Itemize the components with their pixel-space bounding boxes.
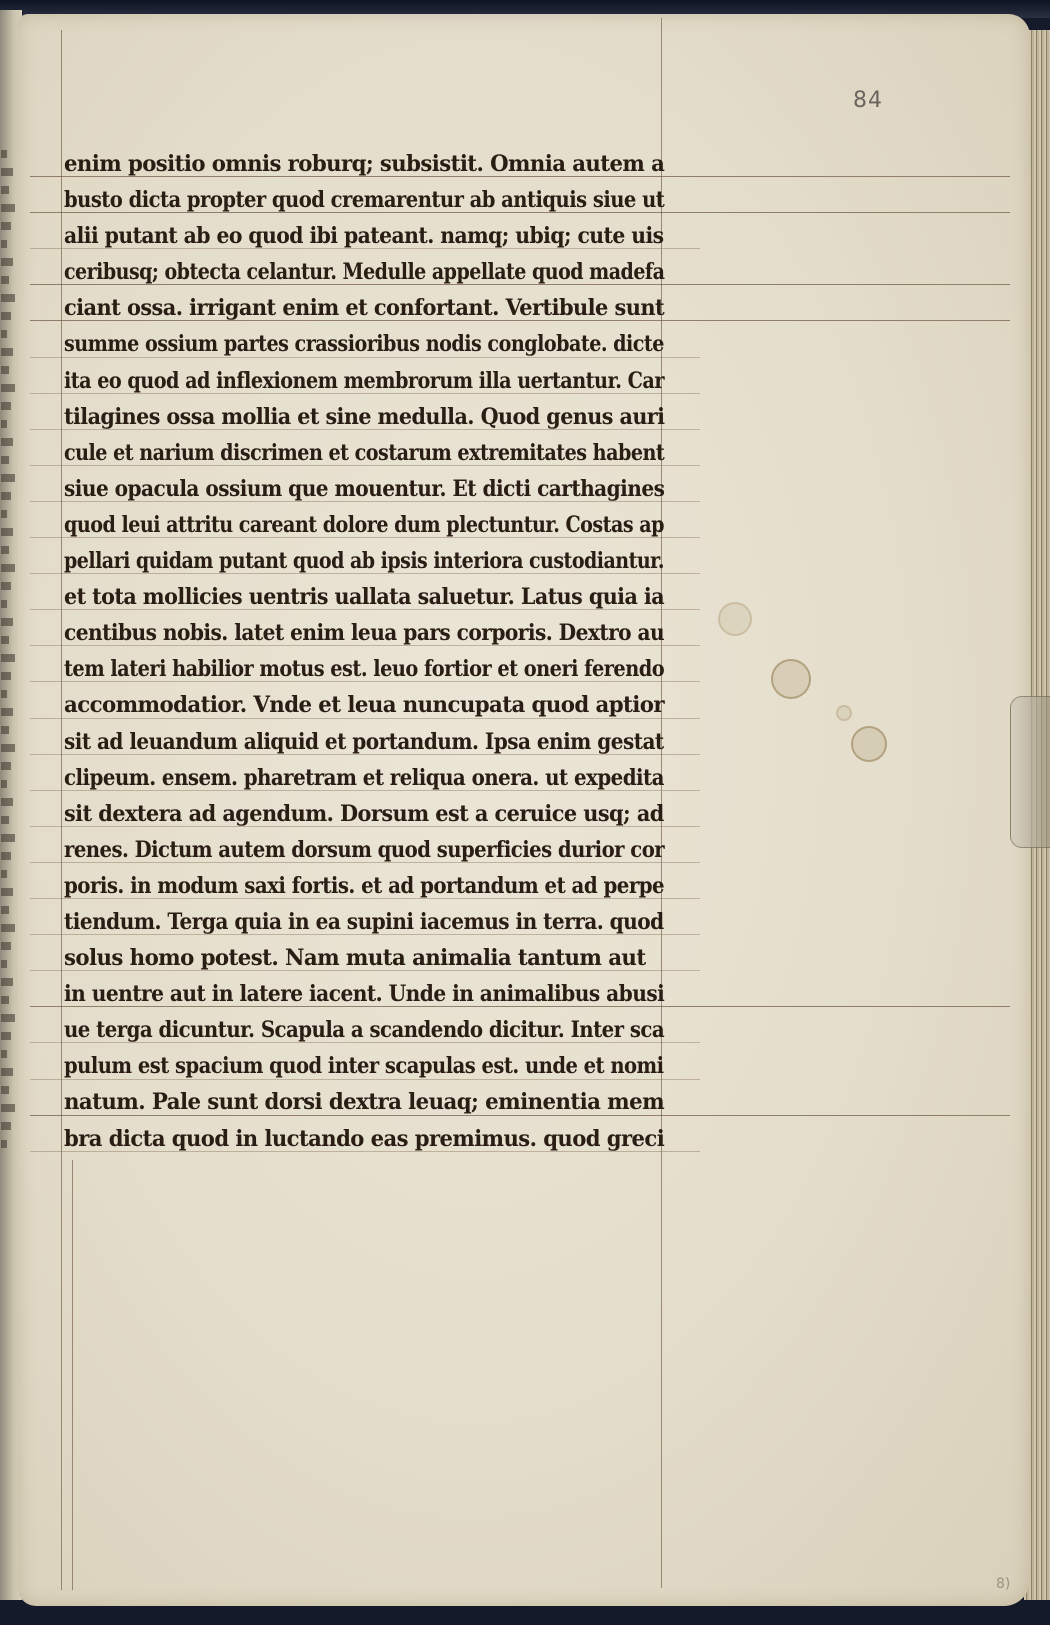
facing-page-text-fragment — [1, 240, 7, 248]
facing-page-text-fragment — [1, 528, 13, 536]
facing-page-text-fragment — [1, 582, 11, 590]
facing-page-text-fragment — [1, 618, 13, 626]
manuscript-text-line: quod leui attritu careant dolore dum ple… — [64, 507, 603, 543]
manuscript-text-line: tem lateri habilior motus est. leuo fort… — [64, 651, 609, 687]
facing-page-text-fragment — [1, 1050, 7, 1058]
facing-page-text-fragment — [1, 672, 11, 680]
facing-page-text-fragment — [1, 420, 7, 428]
facing-page-text-fragment — [1, 492, 11, 500]
manuscript-text-line: pellari quidam putant quod ab ipsis inte… — [64, 543, 600, 579]
manuscript-text-line: ue terga dicuntur. Scapula a scandendo d… — [64, 1012, 620, 1048]
facing-page-text-fragment — [1, 726, 9, 734]
facing-page-text-fragment — [1, 870, 7, 878]
book-clasp — [1010, 696, 1050, 848]
facing-page-text-fragment — [1, 546, 9, 554]
facing-page-text-fragment — [1, 1032, 11, 1040]
facing-page-text-fragment — [1, 564, 15, 572]
facing-page-text-fragment — [1, 600, 7, 608]
facing-page-text-fragment — [1, 168, 13, 176]
facing-page-text-fragment — [1, 1140, 7, 1148]
facing-page-text-fragment — [1, 204, 15, 212]
manuscript-text-line: sit ad leuandum aliquid et portandum. Ip… — [64, 724, 629, 760]
facing-page-text-fragment — [1, 762, 11, 770]
facing-page-text-fragment — [1, 834, 15, 842]
facing-page-text-fragment — [1, 1014, 15, 1022]
facing-page-text-fragment — [1, 1086, 9, 1094]
facing-page-text-fragment — [1, 186, 9, 194]
facing-page-text-fragment — [1, 402, 11, 410]
facing-page-text-fragment — [1, 1122, 11, 1130]
facing-page-text-fragment — [1, 906, 9, 914]
facing-page-text-fragment — [1, 258, 13, 266]
manuscript-text-line: ceribusq; obtecta celantur. Medulle appe… — [64, 254, 600, 290]
facing-page-text-fragment — [1, 852, 11, 860]
manuscript-text-line: natum. Pale sunt dorsi dextra leuaq; emi… — [64, 1084, 664, 1120]
facing-page-text-fragment — [1, 636, 9, 644]
facing-page-text-fragment — [1, 348, 13, 356]
water-stain — [771, 659, 811, 699]
manuscript-text-line: in uentre aut in latere iacent. Unde in … — [64, 976, 633, 1012]
ruling-inner-bound — [72, 1160, 73, 1590]
manuscript-text-line: sit dextera ad agendum. Dorsum est a cer… — [64, 796, 652, 832]
facing-page-text-fragment — [1, 1068, 13, 1076]
manuscript-text-line: busto dicta propter quod cremarentur ab … — [64, 182, 615, 218]
facing-page-text-fragment — [1, 978, 13, 986]
facing-page-text-fragment — [1, 510, 7, 518]
manuscript-text-line: et tota mollicies uentris uallata saluet… — [64, 579, 646, 615]
facing-page-text-fragment — [1, 150, 7, 158]
facing-page-text-fragment — [1, 366, 9, 374]
ruling-left-margin — [61, 30, 62, 1590]
manuscript-text-line: alii putant ab eo quod ibi pateant. namq… — [64, 218, 637, 254]
facing-page-text-fragment — [1, 744, 15, 752]
facing-page-text-fragment — [1, 816, 9, 824]
manuscript-text-line: ciant ossa. irrigant enim et confortant.… — [64, 290, 654, 326]
facing-page-text-fragment — [1, 1104, 15, 1112]
water-stain — [836, 705, 852, 721]
facing-page-text-fragment — [1, 456, 9, 464]
folio-number: 84 — [853, 88, 883, 113]
facing-page-text-fragment — [1, 294, 15, 302]
facing-page-text-fragment — [1, 690, 7, 698]
manuscript-text-line: bra dicta quod in luctando eas premimus.… — [64, 1121, 660, 1157]
facing-page-text-fragment — [1, 924, 15, 932]
facing-page-text-fragment — [1, 222, 11, 230]
manuscript-text-line: enim positio omnis roburq; subsistit. Om… — [64, 146, 662, 182]
facing-page-text-fragment — [1, 996, 9, 1004]
manuscript-text-line: accommodatior. Vnde et leua nuncupata qu… — [64, 687, 664, 723]
manuscript-text-line: clipeum. ensem. pharetram et reliqua one… — [64, 760, 623, 796]
facing-page-text-fragment — [1, 780, 7, 788]
facing-page-text-fragment — [1, 708, 13, 716]
water-stain — [851, 726, 887, 762]
facing-page-text-fragment — [1, 942, 11, 950]
facing-page-text-fragment — [1, 888, 13, 896]
facing-page-text-fragment — [1, 798, 13, 806]
manuscript-text-line: ita eo quod ad inflexionem membrorum ill… — [64, 363, 605, 399]
manuscript-text-line: solus homo potest. Nam muta animalia tan… — [64, 940, 664, 976]
main-text-column: enim positio omnis roburq; subsistit. Om… — [64, 146, 684, 1157]
facing-page-text-fragment — [1, 438, 13, 446]
manuscript-text-line: summe ossium partes crassioribus nodis c… — [64, 326, 604, 362]
manuscript-text-line: cule et narium discrimen et costarum ext… — [64, 435, 604, 471]
manuscript-text-line: tiendum. Terga quia in ea supini iacemus… — [64, 904, 631, 940]
manuscript-text-line: pulum est spacium quod inter scapulas es… — [64, 1048, 615, 1084]
manuscript-text-line: siue opacula ossium que mouentur. Et dic… — [64, 471, 631, 507]
facing-page-text-fragment — [1, 384, 15, 392]
manuscript-text-line: renes. Dictum autem dorsum quod superfic… — [64, 832, 618, 868]
facing-page-text-fragment — [1, 654, 15, 662]
water-stain — [718, 602, 752, 636]
facing-page-text-fragment — [1, 312, 11, 320]
facing-page-text-fragment — [1, 474, 15, 482]
manuscript-text-line: centibus nobis. latet enim leua pars cor… — [64, 615, 632, 651]
corner-pencil-mark: 8) — [996, 1576, 1010, 1592]
facing-page-text-fragment — [1, 960, 7, 968]
manuscript-text-line: poris. in modum saxi fortis. et ad porta… — [64, 868, 622, 904]
manuscript-text-line: tilagines ossa mollia et sine medulla. Q… — [64, 399, 647, 435]
facing-page-text-fragment — [1, 276, 9, 284]
facing-page-text-fragment — [1, 330, 7, 338]
